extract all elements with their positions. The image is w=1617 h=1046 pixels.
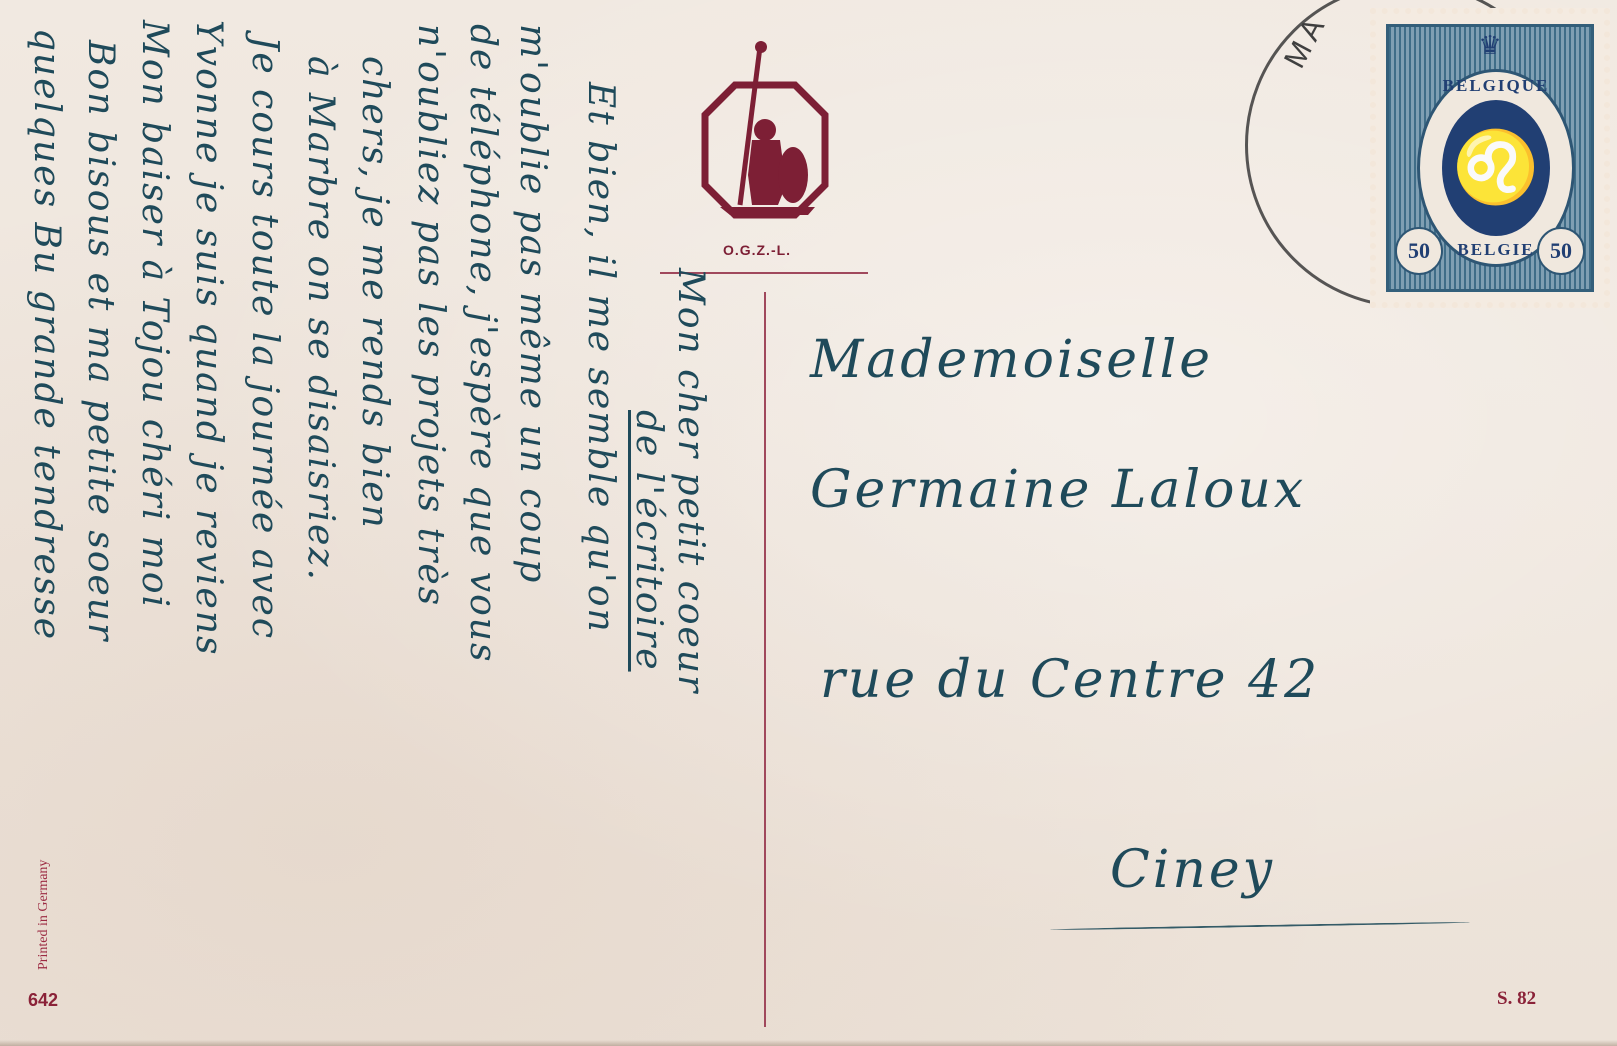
card-number: 642 [28,990,58,1011]
lion-icon: ♌ [1442,100,1550,236]
city-underline [1050,921,1470,930]
center-divider [764,292,766,1027]
address-title: Mademoiselle [810,330,1213,390]
message-line: Et bien, il me semble qu'on [582,82,618,634]
message-line: quelques Bu grande tendresse [28,28,64,641]
publisher-logo-icon [690,35,840,235]
message-line: Yvonne je suis quand je reviens [190,20,226,657]
message-line: Je cours toute la journée avec [246,36,282,640]
address-street: rue du Centre 42 [820,650,1320,710]
message-line: Mon baiser à Tojou chéri moi [136,20,172,609]
stamp-country-top: BELGIQUE [1420,76,1572,96]
message-line: n'oubliez pas les projets très [412,24,448,607]
publisher-logo-caption: O.G.Z.-L. [672,242,842,258]
stamp-frame: ♛ BELGIQUE ♌ BELGIE 50 50 [1386,24,1594,292]
message-line: Bon bisous et ma petite soeur [82,40,118,642]
address-city: Ciney [1110,840,1275,900]
crown-icon: ♛ [1389,31,1591,61]
postage-stamp: ♛ BELGIQUE ♌ BELGIE 50 50 [1370,8,1610,308]
message-line: Mon cher petit coeur [672,268,708,694]
postcard-back: O.G.Z.-L. Mon cher petit coeur de l'écri… [0,0,1617,1046]
stamp-value-left: 50 [1395,227,1443,275]
message-line: de téléphone, j'espère que vous [464,24,500,663]
series-number: S. 82 [1497,988,1536,1010]
message-line: m'oublie pas même un coup [514,24,550,584]
message-line: de l'écritoire [630,410,666,672]
message-line: à Marbre on se disaisriez. [302,56,338,582]
message-line: chers, je me rends bien [356,56,392,530]
stamp-value-right: 50 [1537,227,1585,275]
printed-in-germany: Printed in Germany [36,860,52,970]
address-name: Germaine Laloux [810,460,1306,520]
